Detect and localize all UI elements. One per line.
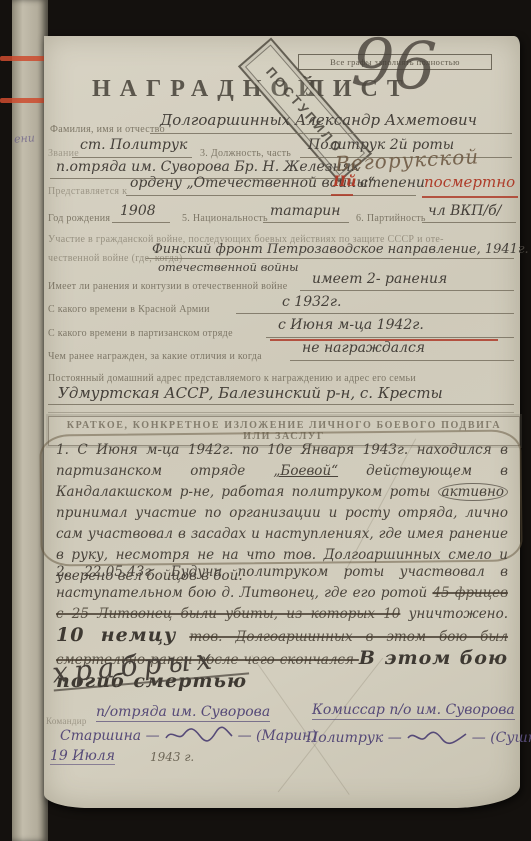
- underline: [236, 313, 514, 314]
- label-army-since: С какого времени в Красной Армии: [48, 304, 210, 315]
- underline: [263, 222, 349, 223]
- label-nationality: 5. Национальность: [182, 213, 268, 224]
- underline: [126, 195, 416, 196]
- feat-p2-count: 10 немцу: [56, 624, 176, 646]
- underline: [266, 337, 514, 338]
- underline: [112, 222, 170, 223]
- value-birth: 1908: [120, 203, 156, 219]
- underline: [290, 360, 514, 361]
- label-party: 6. Партийность: [356, 213, 426, 224]
- ink-bleed-note: ени: [14, 131, 36, 145]
- label-prev-awards: Чем ранее награжден, за какие отличия и …: [48, 351, 262, 362]
- sig-left-role: Старшина —: [60, 728, 160, 744]
- label-birth: Год рождения: [48, 213, 110, 224]
- value-nationality: татарин: [270, 203, 340, 219]
- sig-left-row: Старшина — — (Марин): [60, 726, 317, 744]
- value-war-service: Финский фронт Петрозаводское направление…: [152, 242, 531, 257]
- red-underline-degree: [331, 194, 353, 196]
- value-prev-awards: не награждался: [302, 340, 425, 356]
- sig-date-year: 1943 г.: [150, 750, 194, 764]
- sig-right-unit: Комиссар п/о им. Суворова: [312, 702, 515, 720]
- label-wounds: Имеет ли ранения и контузии в отечествен…: [48, 281, 287, 292]
- label-name: Фамилия, имя и отчество: [50, 124, 165, 135]
- value-award-suffix: степени: [360, 175, 425, 191]
- underline: [146, 258, 514, 259]
- book-binding-edge: [12, 0, 48, 841]
- underline: [48, 412, 514, 413]
- sig-right-row: Политрук — — (Сушко): [306, 728, 531, 746]
- value-address: Удмуртская АССР, Балезинский р-н, с. Кре…: [58, 384, 443, 402]
- label-partisan-since: С какого времени в партизанском отряде: [48, 328, 233, 339]
- value-wounds: имеет 2- ранения: [312, 271, 447, 287]
- label-award: Представляется к: [48, 186, 127, 197]
- value-rank: ст. Политрук: [80, 137, 187, 153]
- label-address: Постоянный домашний адрес представляемог…: [48, 373, 416, 384]
- sig-left-name: — (Марин): [238, 728, 317, 744]
- feat-p2-text-b: уничтожено.: [400, 606, 508, 622]
- value-war-service-2: отечественной войны: [158, 260, 299, 274]
- value-army-since: с 1932г.: [282, 294, 341, 310]
- value-partisan-since: с Июня м-ца 1942г.: [278, 317, 424, 333]
- underline: [72, 157, 192, 158]
- underline: [300, 290, 514, 291]
- red-ribbon-mark-top: [0, 56, 48, 61]
- sig-right-name: — (Сушко): [472, 730, 531, 746]
- value-posthumous: посмертно: [424, 173, 515, 191]
- underline: [422, 222, 516, 223]
- commissar-signature-scribble: [406, 728, 468, 746]
- commander-signature-scribble: [164, 726, 234, 744]
- underline: [48, 404, 514, 405]
- label-commander: Командир: [46, 716, 87, 726]
- photographed-award-sheet: ени Все графы заполнять полностью 96 НАГ…: [0, 0, 531, 841]
- sig-right-role: Политрук —: [306, 730, 402, 746]
- value-position-line2: п.отряда им. Суворова Бр. Н. Железняк: [56, 159, 359, 175]
- red-underline-posthumous: [422, 196, 518, 198]
- value-name: Долгоаршинных Александр Ахметович: [160, 111, 477, 129]
- feat-p1-detachment-name: „Боевой“: [273, 463, 338, 479]
- value-award-degree: IIй: [333, 174, 356, 190]
- red-ribbon-mark-bottom: [0, 98, 48, 103]
- sig-date: 19 Июля: [50, 748, 115, 765]
- value-party: чл ВКП/б/: [428, 203, 501, 219]
- label-position: 3. Должность, часть: [200, 148, 291, 159]
- sig-left-unit: п/отряда им. Суворова: [96, 704, 270, 722]
- underline: [150, 133, 512, 134]
- feat-p1-circled-word: активно: [438, 483, 508, 501]
